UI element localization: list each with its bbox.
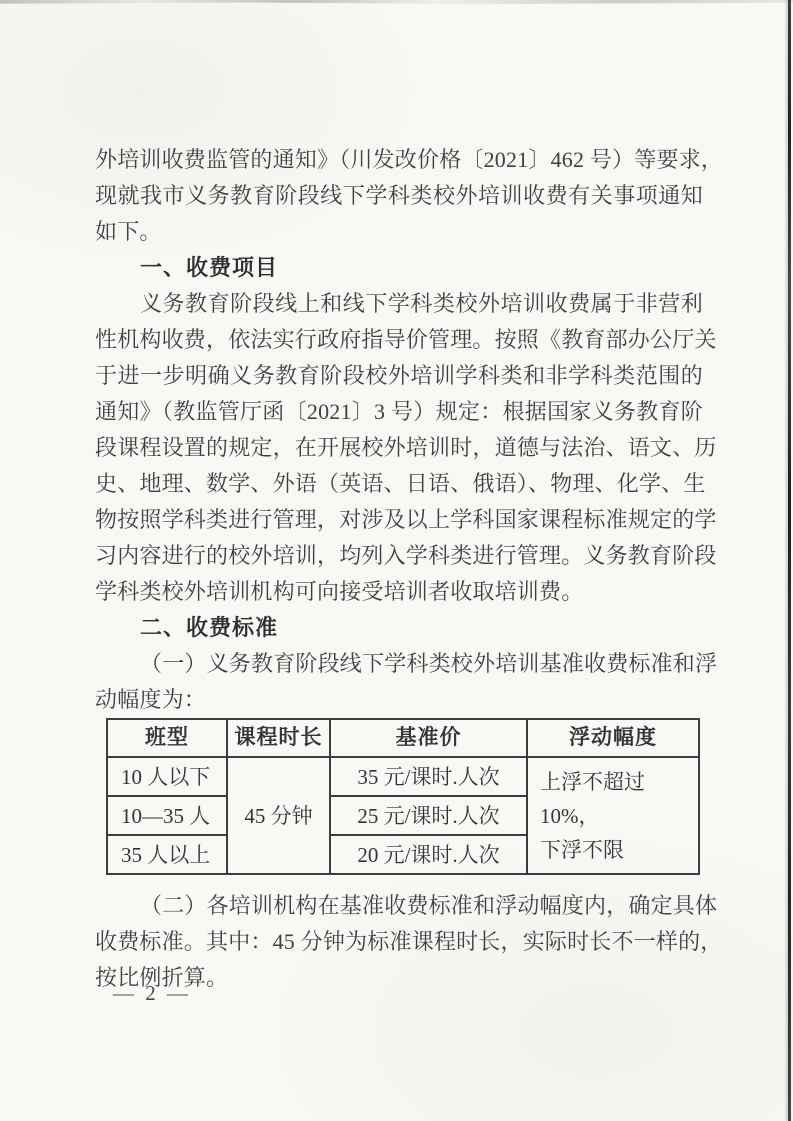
body-line: 动幅度为：	[95, 682, 703, 718]
table-cell-duration: 45 分钟	[227, 757, 330, 874]
body-line: 现就我市义务教育阶段线下学科类校外培训收费有关事项通知	[95, 178, 703, 214]
scan-right-edge-artifact	[788, 0, 791, 1121]
body-line: 性机构收费，依法实行政府指导价管理。按照《教育部办公厅关	[95, 322, 703, 358]
table-row: 10 人以下 45 分钟 35 元/课时.人次 上浮不超过 10%， 下浮不限	[107, 757, 699, 796]
table-cell-class-type: 10 人以下	[107, 757, 227, 796]
float-range-line: 上浮不超过 10%，	[540, 765, 698, 833]
body-line: 学科类校外培训机构可向接受培训者收取培训费。	[95, 574, 703, 610]
table-header-duration: 课程时长	[227, 719, 330, 757]
body-line: 义务教育阶段线上和线下学科类校外培训收费属于非营利	[95, 286, 703, 322]
body-line: 于进一步明确义务教育阶段校外培训学科类和非学科类范围的	[95, 358, 703, 394]
table-header-row: 班型 课程时长 基准价 浮动幅度	[107, 719, 699, 757]
table-cell-base-price: 35 元/课时.人次	[330, 757, 527, 796]
fee-standard-table: 班型 课程时长 基准价 浮动幅度 10 人以下 45 分钟 35 元/课时.人次…	[106, 718, 700, 875]
table-header-class-type: 班型	[107, 719, 227, 757]
table-cell-class-type: 10—35 人	[107, 796, 227, 835]
body-line: （一）义务教育阶段线下学科类校外培训基准收费标准和浮	[95, 646, 703, 682]
section-heading-fee-items: 一、收费项目	[95, 250, 703, 286]
table-cell-class-type: 35 人以上	[107, 835, 227, 874]
paragraph: （二）各培训机构在基准收费标准和浮动幅度内，确定具体 收费标准。其中：45 分钟…	[95, 888, 703, 996]
scanned-document-page: 外培训收费监管的通知》（川发改价格〔2021〕462 号）等要求， 现就我市义务…	[0, 0, 793, 1121]
body-line: 收费标准。其中：45 分钟为标准课程时长，实际时长不一样的，	[95, 924, 703, 960]
body-line: 史、地理、数学、外语（英语、日语、俄语）、物理、化学、生	[95, 466, 703, 502]
page-number: — 2 —	[113, 981, 191, 1006]
body-line: 如下。	[95, 214, 703, 250]
table-header-base-price: 基准价	[330, 719, 527, 757]
scan-top-edge-artifact	[0, 0, 793, 5]
body-line: 习内容进行的校外培训，均列入学科类进行管理。义务教育阶段	[95, 538, 703, 574]
table-cell-float-range: 上浮不超过 10%， 下浮不限	[527, 757, 699, 874]
body-line: 段课程设置的规定，在开展校外培训时，道德与法治、语文、历	[95, 430, 703, 466]
document-body: 外培训收费监管的通知》（川发改价格〔2021〕462 号）等要求， 现就我市义务…	[95, 142, 703, 996]
float-range-line: 下浮不限	[540, 833, 698, 867]
table-header-float-range: 浮动幅度	[527, 719, 699, 757]
body-line: 通知》（教监管厅函〔2021〕3 号）规定：根据国家义务教育阶	[95, 394, 703, 430]
table-cell-base-price: 20 元/课时.人次	[330, 835, 527, 874]
table-cell-base-price: 25 元/课时.人次	[330, 796, 527, 835]
body-line: （二）各培训机构在基准收费标准和浮动幅度内，确定具体	[95, 888, 703, 924]
body-line: 外培训收费监管的通知》（川发改价格〔2021〕462 号）等要求，	[95, 142, 703, 178]
section-heading-fee-standard: 二、收费标准	[95, 610, 703, 646]
body-line: 物按照学科类进行管理，对涉及以上学科国家课程标准规定的学	[95, 502, 703, 538]
